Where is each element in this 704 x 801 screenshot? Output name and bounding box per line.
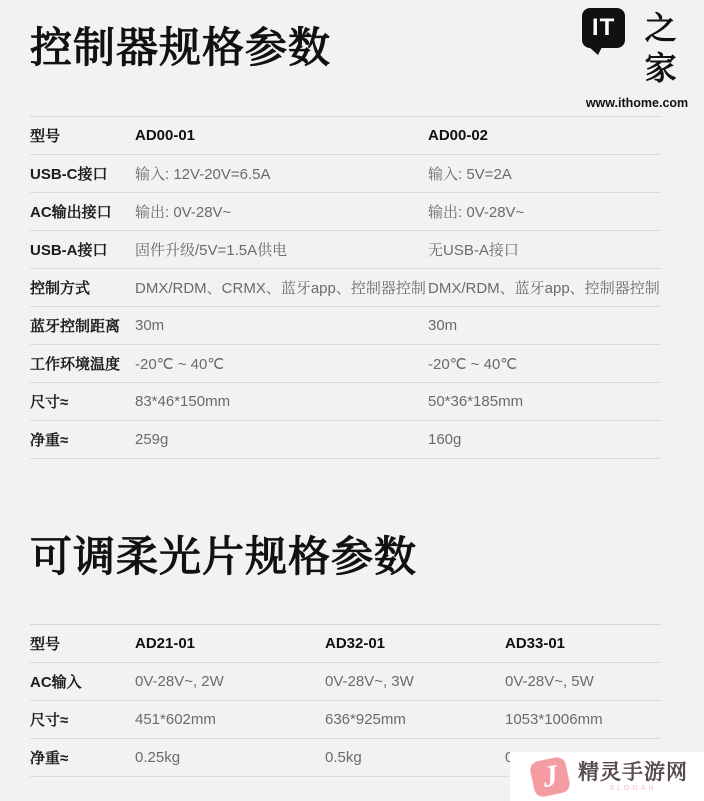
table-row: 尺寸≈451*602mm636*925mm1053*1006mm xyxy=(30,701,661,739)
cell-value: 输出: 0V-28V~ xyxy=(428,201,661,222)
ithome-url: www.ithome.com xyxy=(582,96,692,110)
row-label: 工作环境温度 xyxy=(30,353,135,374)
spec-sheet-page: IT 之家 www.ithome.com 控制器规格参数 型号AD00-01AD… xyxy=(0,0,704,801)
cell-value: DMX/RDM、蓝牙app、控制器控制 xyxy=(428,277,661,298)
row-label: 型号 xyxy=(30,633,135,654)
watermark-text-block: 精灵手游网 SLOGAN xyxy=(578,762,688,792)
row-label: 尺寸≈ xyxy=(30,709,135,730)
watermark-logo-letter: J xyxy=(540,760,560,792)
cell-value: 636*925mm xyxy=(325,711,505,728)
table-row: 蓝牙控制距离30m30m xyxy=(30,307,661,345)
table-row: 工作环境温度-20℃ ~ 40℃-20℃ ~ 40℃ xyxy=(30,345,661,383)
table-row: USB-C接口输入: 12V-20V=6.5A输入: 5V=2A xyxy=(30,155,661,193)
row-label: USB-C接口 xyxy=(30,163,135,184)
page-title-diffuser: 可调柔光片规格参数 xyxy=(30,533,704,581)
row-label: 尺寸≈ xyxy=(30,391,135,412)
row-label: 型号 xyxy=(30,125,135,146)
controller-spec-table: 型号AD00-01AD00-02USB-C接口输入: 12V-20V=6.5A输… xyxy=(30,116,661,459)
cell-value: 输入: 12V-20V=6.5A xyxy=(135,163,428,184)
cell-value: 输入: 5V=2A xyxy=(428,163,661,184)
it-badge-icon: IT xyxy=(582,8,625,48)
cell-value: 0.5kg xyxy=(325,749,505,766)
cell-value: 451*602mm xyxy=(135,711,325,728)
ithome-logo-row: IT 之家 xyxy=(582,8,692,88)
cell-value: 固件升级/5V=1.5A供电 xyxy=(135,239,428,260)
row-label: 净重≈ xyxy=(30,429,135,450)
cell-value: -20℃ ~ 40℃ xyxy=(428,355,661,373)
row-label: USB-A接口 xyxy=(30,239,135,260)
model-header: AD00-01 xyxy=(135,127,428,144)
row-label: 净重≈ xyxy=(30,747,135,768)
cell-value: 30m xyxy=(428,317,661,334)
cell-value: 160g xyxy=(428,431,661,448)
table-row: USB-A接口固件升级/5V=1.5A供电无USB-A接口 xyxy=(30,231,661,269)
table-row: 尺寸≈83*46*150mm50*36*185mm xyxy=(30,383,661,421)
watermark-logo-icon: J xyxy=(529,755,572,798)
cell-value: 83*46*150mm xyxy=(135,393,428,410)
watermark-slogan: SLOGAN xyxy=(578,785,688,792)
model-header: AD33-01 xyxy=(505,635,661,652)
table-header-row: 型号AD00-01AD00-02 xyxy=(30,117,661,155)
cell-value: -20℃ ~ 40℃ xyxy=(135,355,428,373)
cell-value: 无USB-A接口 xyxy=(428,239,661,260)
cell-value: 0V-28V~, 3W xyxy=(325,673,505,690)
cell-value: 50*36*185mm xyxy=(428,393,661,410)
table-row: 净重≈259g160g xyxy=(30,421,661,459)
row-label: 蓝牙控制距离 xyxy=(30,315,135,336)
cell-value: 30m xyxy=(135,317,428,334)
cell-value: 0V-28V~, 5W xyxy=(505,673,661,690)
cell-value: 0.25kg xyxy=(135,749,325,766)
model-header: AD32-01 xyxy=(325,635,505,652)
watermark-name: 精灵手游网 xyxy=(578,762,688,784)
model-header: AD21-01 xyxy=(135,635,325,652)
table-header-row: 型号AD21-01AD32-01AD33-01 xyxy=(30,625,661,663)
table-row: AC输入0V-28V~, 2W0V-28V~, 3W0V-28V~, 5W xyxy=(30,663,661,701)
cell-value: 259g xyxy=(135,431,428,448)
table-row: 控制方式DMX/RDM、CRMX、蓝牙app、控制器控制DMX/RDM、蓝牙ap… xyxy=(30,269,661,307)
cell-value: 1053*1006mm xyxy=(505,711,661,728)
table-row: AC输出接口输出: 0V-28V~输出: 0V-28V~ xyxy=(30,193,661,231)
row-label: AC输出接口 xyxy=(30,201,135,222)
it-badge-text: IT xyxy=(592,14,615,42)
cell-value: 输出: 0V-28V~ xyxy=(135,201,428,222)
row-label: AC输入 xyxy=(30,671,135,692)
cell-value: DMX/RDM、CRMX、蓝牙app、控制器控制 xyxy=(135,277,428,298)
cell-value: 0V-28V~, 2W xyxy=(135,673,325,690)
ithome-logo: IT 之家 www.ithome.com xyxy=(582,8,692,110)
watermark-badge: J 精灵手游网 SLOGAN xyxy=(510,752,704,801)
model-header: AD00-02 xyxy=(428,127,661,144)
ithome-brand-text: 之家 xyxy=(629,8,692,88)
row-label: 控制方式 xyxy=(30,277,135,298)
